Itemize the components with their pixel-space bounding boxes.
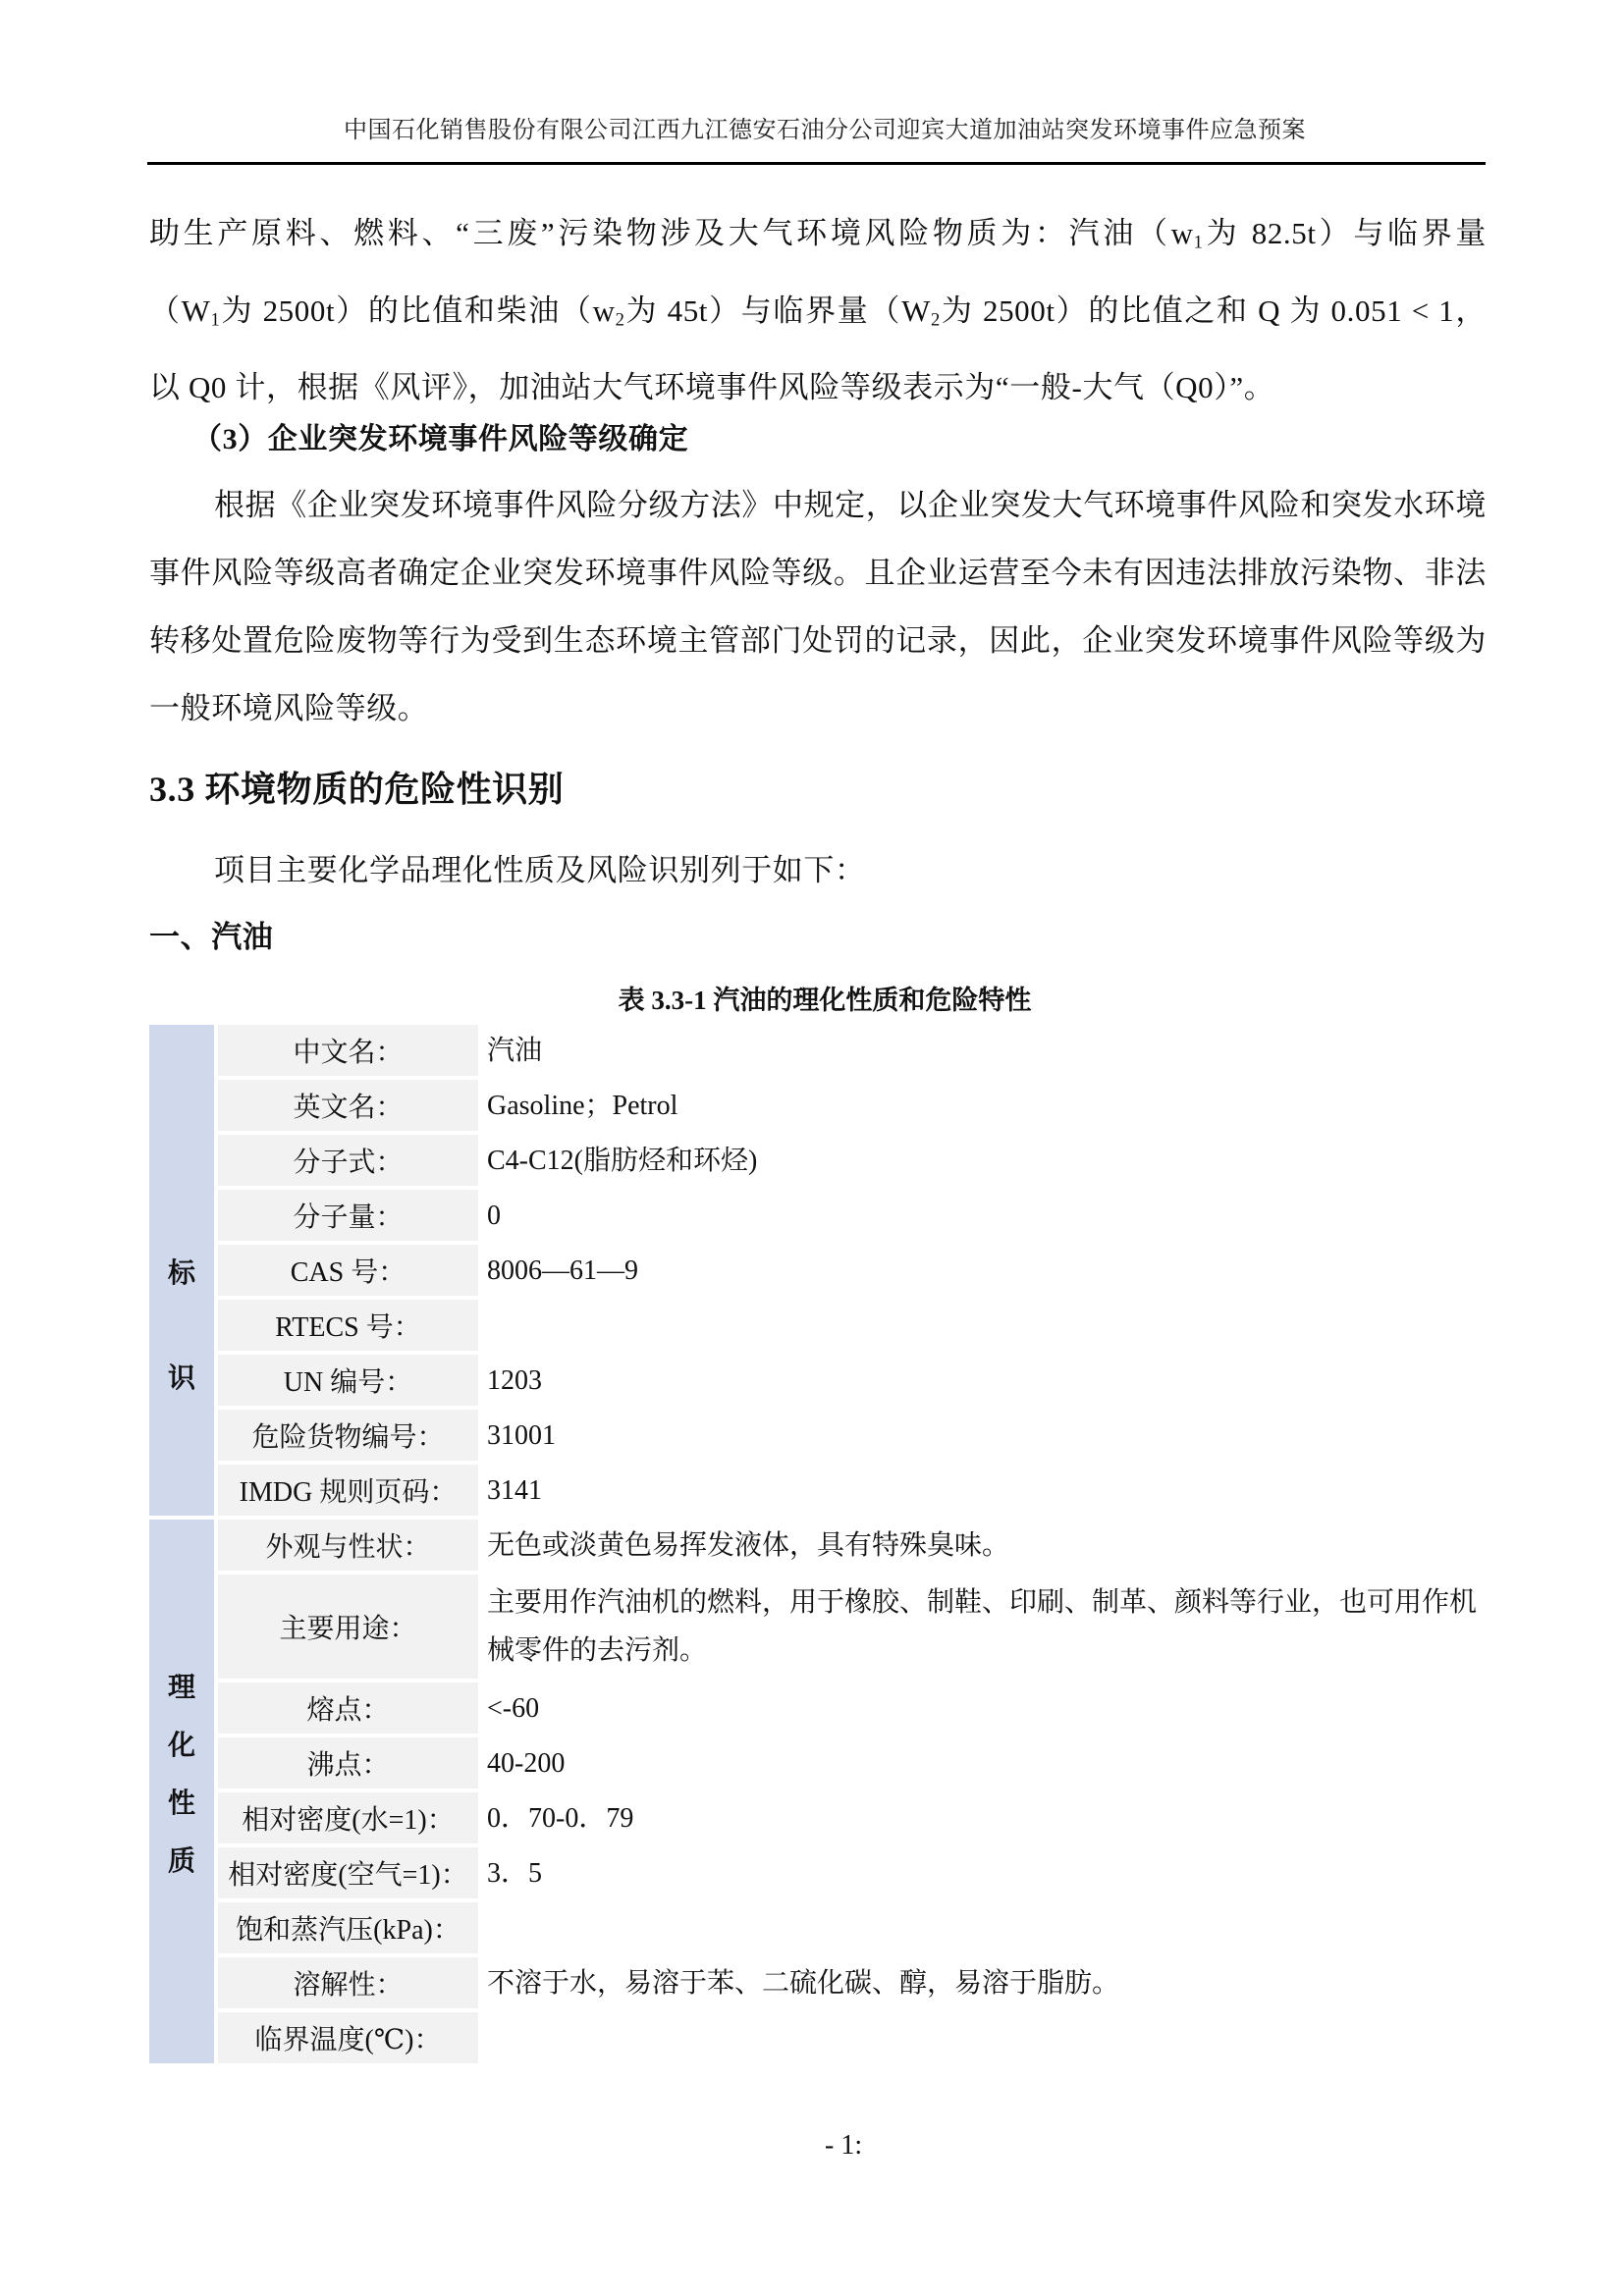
text-span: 为 2500t）的比值和柴油（w [220,294,615,328]
row-value: 31001 [482,1410,1489,1461]
row-label: UN 编号： [218,1355,478,1406]
group-label: 化 [149,1717,214,1775]
text-span: 为 2500t）的比值之和 Q 为 0.051 < 1， [941,294,1487,328]
group-label: 识 [149,1350,214,1408]
table-row: 临界温度(℃)： [149,2012,1489,2063]
row-value: 3141 [482,1465,1489,1516]
text-span: 为 45t）与临界量（W [624,294,930,328]
row-label: 临界温度(℃)： [218,2012,478,2063]
subscript: 1 [1194,233,1204,253]
text-span: 为 82.5t）与临界量 [1204,216,1487,250]
table-row: 英文名： Gasoline；Petrol [149,1080,1489,1131]
paragraph-risk-level: 根据《企业突发环境事件风险分级方法》中规定，以企业突发大气环境事件风险和突发水环… [149,471,1487,742]
table-row: UN 编号： 1203 [149,1355,1489,1406]
row-value: 8006—61—9 [482,1245,1489,1296]
row-label: 熔点： [218,1682,478,1734]
row-value [482,1300,1489,1351]
subheading-risk-level: （3）企业突发环境事件风险等级确定 [149,405,1487,473]
row-value: <-60 [482,1682,1489,1734]
group-physicochemical: 理 化 性 质 [149,1520,214,2063]
row-label: 分子量： [218,1190,478,1241]
group-label: 标 [149,1245,214,1303]
table-row: 相对密度(空气=1)： 3．5 [149,1847,1489,1898]
row-label: 相对密度(水=1)： [218,1792,478,1843]
table-row: CAS 号： 8006—61—9 [149,1245,1489,1296]
table-row: IMDG 规则页码： 3141 [149,1465,1489,1516]
row-value: 主要用作汽油机的燃料，用于橡胶、制鞋、印刷、制革、颜料等行业，也可用作机械零件的… [482,1575,1489,1679]
table-row: 相对密度(水=1)： 0．70-0．79 [149,1792,1489,1843]
group-label: 理 [149,1659,214,1717]
row-value: 汽油 [482,1025,1489,1076]
item-heading: 一、汽油 [149,903,1487,971]
row-value: 不溶于水，易溶于苯、二硫化碳、醇，易溶于脂肪。 [482,1957,1489,2008]
table-row: 理 化 性 质 外观与性状： 无色或淡黄色易挥发液体，具有特殊臭味。 [149,1520,1489,1571]
row-value: 3．5 [482,1847,1489,1898]
table-row: 分子式： C4-C12(脂肪烃和环烃) [149,1135,1489,1186]
table-row: 溶解性： 不溶于水，易溶于苯、二硫化碳、醇，易溶于脂肪。 [149,1957,1489,2008]
table-row: 主要用途： 主要用作汽油机的燃料，用于橡胶、制鞋、印刷、制革、颜料等行业，也可用… [149,1575,1489,1679]
row-label: 中文名： [218,1025,478,1076]
row-value: Gasoline；Petrol [482,1080,1489,1131]
row-value [482,2012,1489,2063]
row-value: 0 [482,1190,1489,1241]
row-label: 相对密度(空气=1)： [218,1847,478,1898]
table-row: 标 识 中文名： 汽油 [149,1025,1489,1076]
row-label: 分子式： [218,1135,478,1186]
row-value: 0．70-0．79 [482,1792,1489,1843]
row-label: 溶解性： [218,1957,478,2008]
row-label: IMDG 规则页码： [218,1465,478,1516]
row-value [482,1902,1489,1953]
row-value: 无色或淡黄色易挥发液体，具有特殊臭味。 [482,1520,1489,1571]
row-label: 危险货物编号： [218,1410,478,1461]
row-label: RTECS 号： [218,1300,478,1351]
row-value: 40-200 [482,1737,1489,1789]
intro-paragraph: 项目主要化学品理化性质及风险识别列于如下： [149,836,1487,904]
section-heading: 3.3 环境物质的危险性识别 [149,756,1487,824]
text-span: 助生产原料、燃料、“三废”污染物涉及大气环境风险物质为：汽油（w [149,216,1194,250]
table-row: 沸点： 40-200 [149,1737,1489,1789]
table-row: 饱和蒸汽压(kPa)： [149,1902,1489,1953]
table-row: 分子量： 0 [149,1190,1489,1241]
row-value: 1203 [482,1355,1489,1406]
row-label: 英文名： [218,1080,478,1131]
table-row: 危险货物编号： 31001 [149,1410,1489,1461]
paragraph-line: （W1为 2500t）的比值和柴油（w2为 45t）与临界量（W2为 2500t… [149,277,1487,354]
row-label: 外观与性状： [218,1520,478,1571]
table-caption: 表 3.3-1 汽油的理化性质和危险特性 [147,979,1502,1017]
header-rule [147,162,1486,165]
group-label: 质 [149,1833,214,1891]
group-identification: 标 识 [149,1025,214,1516]
row-label: CAS 号： [218,1245,478,1296]
row-value: C4-C12(脂肪烃和环烃) [482,1135,1489,1186]
subscript: 1 [211,309,221,330]
page-number: - 1: [825,2130,862,2162]
text-span: （W [149,294,211,328]
row-label: 沸点： [218,1737,478,1789]
properties-table: 标 识 中文名： 汽油 英文名： Gasoline；Petrol 分子式： C4… [145,1021,1492,2067]
paragraph-line: 助生产原料、燃料、“三废”污染物涉及大气环境风险物质为：汽油（w1为 82.5t… [149,199,1487,277]
subscript: 2 [616,309,625,330]
row-label: 饱和蒸汽压(kPa)： [218,1902,478,1953]
table-row: 熔点： <-60 [149,1682,1489,1734]
table-row: RTECS 号： [149,1300,1489,1351]
paragraph-air-risk: 助生产原料、燃料、“三废”污染物涉及大气环境风险物质为：汽油（w1为 82.5t… [149,199,1487,421]
subscript: 2 [931,309,941,330]
row-label: 主要用途： [218,1575,478,1679]
group-label: 性 [149,1775,214,1833]
document-header: 中国石化销售股份有限公司江西九江德安石油分公司迎宾大道加油站突发环境事件应急预案 [147,110,1502,144]
